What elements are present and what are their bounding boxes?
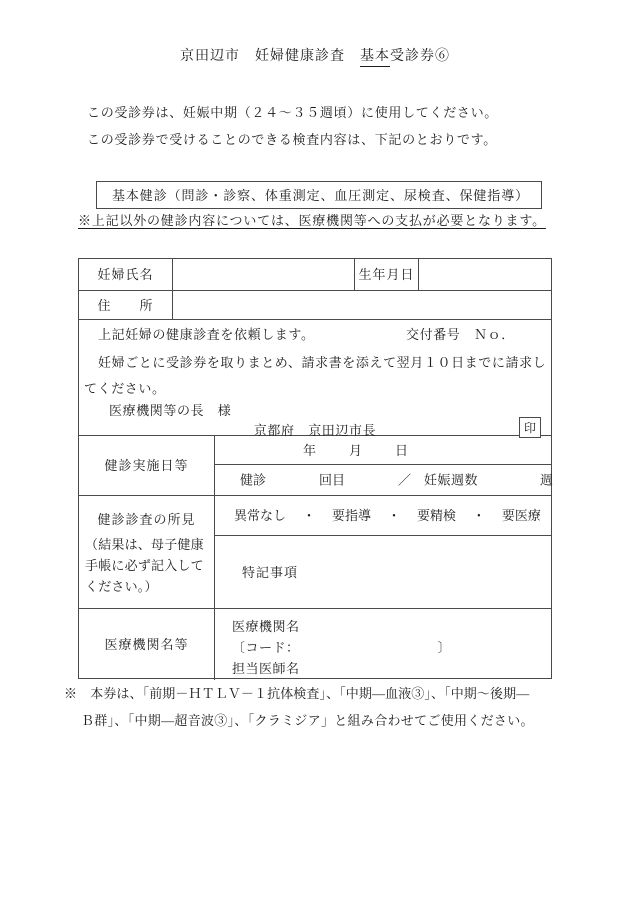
dot-separator: ・ xyxy=(472,509,485,522)
visit-label: 健診 xyxy=(240,474,266,487)
institution-code-label: 〔コード： xyxy=(232,640,300,655)
title-underlined: 基本 xyxy=(360,49,390,67)
row-exam-date: 健診実施日等 年 月 日 健診 回目 ／ 妊娠週数 週 xyxy=(79,435,551,495)
institution-content: 医療機関名 〔コード：〕 担当医師名 xyxy=(214,609,551,680)
findings-label: 健診診査の所見 xyxy=(79,513,214,526)
findings-options-row: 異常なし ・ 要指導 ・ 要精検 ・ 要医療 xyxy=(214,496,551,535)
basic-exam-text: 基本健診（問診・診察、体重測定、血圧測定、尿検査、保健指導） xyxy=(112,189,529,202)
dot-separator: ・ xyxy=(302,509,315,522)
option-guidance-needed: 要指導 xyxy=(332,509,371,522)
month-label: 月 xyxy=(349,444,362,457)
payment-note: ※上記以外の健診内容については、医療機関等への支払が必要となります。 xyxy=(78,214,546,227)
slash-separator: ／ xyxy=(398,474,411,487)
seal-mark: 印 xyxy=(519,417,541,438)
basic-exam-box: 基本健診（問診・診察、体重測定、血圧測定、尿検査、保健指導） xyxy=(96,181,542,209)
row-findings: 健診診査の所見 （結果は、母子健康手帳に必ず記入してください。） 異常なし ・ … xyxy=(79,495,551,608)
day-label: 日 xyxy=(395,444,408,457)
address-label: 住 所 xyxy=(79,291,172,319)
visit-count-suffix: 回目 xyxy=(319,474,345,487)
request-line-1: 上記妊婦の健康診査を依頼します。 xyxy=(98,328,315,341)
institution-code-close: 〕 xyxy=(438,637,452,658)
visit-count-line: 健診 回目 ／ 妊娠週数 週 xyxy=(215,464,551,495)
exam-date-content: 年 月 日 健診 回目 ／ 妊娠週数 週 xyxy=(214,436,551,495)
row-request-statement: 上記妊婦の健康診査を依頼します。 交付番号 Ｎｏ． 妊婦ごとに受診券を取りまとめ… xyxy=(79,319,551,435)
row-name-birthdate: 妊婦氏名 生年月日 xyxy=(79,259,551,290)
row-institution: 医療機関名等 医療機関名 〔コード：〕 担当医師名 xyxy=(79,608,551,680)
title-prefix: 京田辺市 妊婦健康診査 xyxy=(180,49,360,64)
remarks-label: 特記事項 xyxy=(242,566,298,579)
voucher-form-table: 妊婦氏名 生年月日 住 所 上記妊婦の健康診査を依頼します。 交付番号 Ｎｏ． … xyxy=(78,258,552,679)
institution-code-line: 〔コード：〕 xyxy=(232,637,551,658)
address-value-cell xyxy=(172,291,551,319)
footer-note-line-1: ※ 本券は、「前期－ＨＴＬＶ－１抗体検査」、「中期―血液③」、「中期～後期― xyxy=(64,687,529,700)
footer-note-line-2: Ｂ群」、「中期―超音波③」、「クラミジア」と組み合わせてご使用ください。 xyxy=(81,714,534,727)
remarks-row: 特記事項 xyxy=(214,535,551,609)
doctor-label: 担当医師名 xyxy=(232,658,551,679)
option-medical-care-needed: 要医療 xyxy=(502,509,541,522)
name-label: 妊婦氏名 xyxy=(79,259,172,290)
intro-line-1: この受診券は、妊娠中期（２４～３５週頃）に使用してください。 xyxy=(87,106,498,133)
option-no-abnormality: 異常なし xyxy=(234,509,286,522)
option-detailed-exam-needed: 要精検 xyxy=(417,509,456,522)
year-label: 年 xyxy=(303,444,316,457)
institution-name-label: 医療機関名 xyxy=(232,616,551,637)
weeks-suffix: 週 xyxy=(540,474,553,487)
intro-line-2: この受診券で受けることのできる検査内容は、下記のとおりです。 xyxy=(87,133,498,160)
dot-separator: ・ xyxy=(387,509,400,522)
request-line-2: 妊婦ごとに受診券を取りまとめ、請求書を添えて翌月１０日までに請求し xyxy=(98,356,546,369)
page-title: 京田辺市 妊婦健康診査 基本受診券⑥ xyxy=(0,50,630,64)
addressee-line: 医療機関等の長 様 xyxy=(109,404,231,417)
document-page: 京田辺市 妊婦健康診査 基本受診券⑥ この受診券は、妊娠中期（２４～３５週頃）に… xyxy=(0,0,630,903)
row-address: 住 所 xyxy=(79,290,551,319)
findings-note: （結果は、母子健康手帳に必ず記入してください。） xyxy=(79,534,214,597)
findings-content: 異常なし ・ 要指導 ・ 要精検 ・ 要医療 特記事項 xyxy=(214,496,551,608)
exam-date-label: 健診実施日等 xyxy=(79,436,214,495)
title-suffix: 受診券⑥ xyxy=(390,49,450,64)
findings-label-cell: 健診診査の所見 （結果は、母子健康手帳に必ず記入してください。） xyxy=(79,496,214,608)
request-line-3: てください。 xyxy=(84,382,166,395)
date-fields-line: 年 月 日 xyxy=(215,436,551,464)
birthdate-label: 生年月日 xyxy=(354,259,418,290)
intro-paragraph: この受診券は、妊娠中期（２４～３５週頃）に使用してください。 この受診券で受ける… xyxy=(87,106,498,160)
issue-number-label: 交付番号 Ｎｏ． xyxy=(406,328,515,341)
name-value-cell xyxy=(172,259,354,290)
gestation-weeks-label: 妊娠週数 xyxy=(424,474,478,487)
institution-label: 医療機関名等 xyxy=(79,609,214,680)
birthdate-value-cell xyxy=(418,259,551,290)
